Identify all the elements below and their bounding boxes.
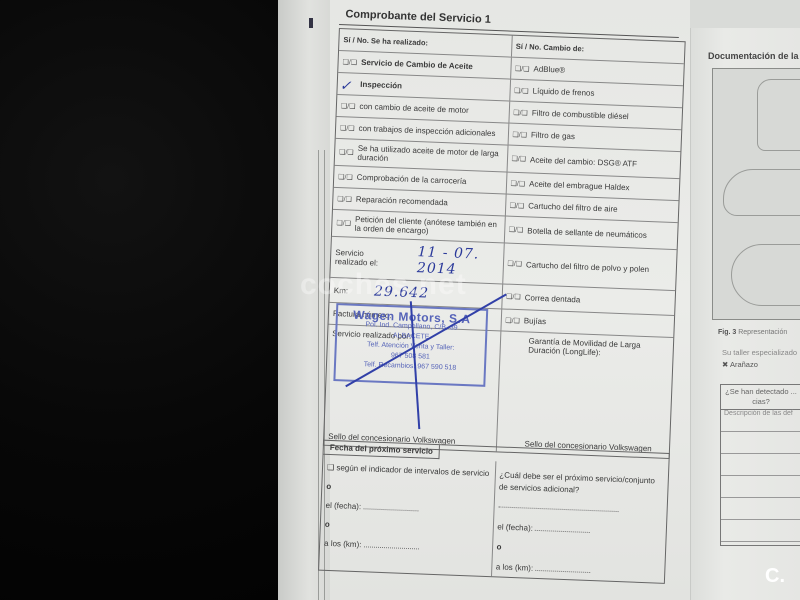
- yes-no-checkbox[interactable]: ❑/❑: [336, 219, 351, 228]
- car-rear-view: [757, 79, 800, 151]
- next-date-field-right: el (fecha):: [497, 521, 662, 539]
- km-label: a los (km):: [324, 539, 362, 549]
- replacement-item-label: Filtro de combustible diésel: [532, 108, 629, 121]
- date-blank[interactable]: [535, 530, 590, 533]
- corner-logo: C.: [765, 565, 785, 588]
- next-service-section: Fecha del próximo servicio ❑ según el in…: [318, 440, 670, 584]
- yes-no-checkbox[interactable]: ❑/❑: [514, 86, 529, 95]
- yes-no-checkbox[interactable]: ❑/❑: [510, 179, 525, 188]
- yes-no-checkbox[interactable]: ❑/❑: [339, 148, 354, 157]
- yes-no-checkbox[interactable]: ❑/❑: [341, 102, 356, 111]
- scratch-legend: ✖ Arañazo: [722, 360, 758, 369]
- date-blank[interactable]: [363, 508, 418, 511]
- yes-no-checkbox[interactable]: ❑/❑: [342, 58, 357, 67]
- replacement-item-label: Correa dentada: [525, 293, 581, 304]
- service-item-label: Reparación recomendada: [356, 195, 448, 208]
- yes-no-checkbox[interactable]: ❑/❑: [507, 260, 522, 269]
- description-line[interactable]: [721, 520, 800, 542]
- yes-no-checkbox[interactable]: ❑/❑: [513, 108, 528, 117]
- car-top-view: [731, 244, 800, 306]
- service-item-label: Se ha utilizado aceite de motor de larga…: [357, 144, 503, 168]
- next-service-question: ¿Cuál debe ser el próximo servicio/conju…: [499, 469, 664, 499]
- replacement-item-label: Cartucho del filtro de polvo y polen: [526, 260, 649, 274]
- date-label: el (fecha):: [497, 522, 533, 532]
- yes-no-checkbox[interactable]: ❑/❑: [338, 173, 353, 182]
- replacement-item-label: Botella de sellante de neumáticos: [527, 226, 647, 240]
- damage-question: ¿Se han detectado ... cias?: [721, 385, 800, 410]
- yes-no-checkbox[interactable]: ❑/❑: [515, 64, 530, 73]
- yes-no-checkbox[interactable]: ❑/❑: [337, 195, 352, 204]
- km-label: a los (km):: [496, 562, 534, 572]
- or-label: o: [496, 541, 661, 559]
- next-km-field-right: a los (km):: [496, 561, 661, 579]
- description-line[interactable]: [721, 432, 800, 454]
- vehicle-diagram: [712, 68, 800, 320]
- handwritten-check-mark: ✓: [339, 78, 351, 94]
- yes-no-checkbox[interactable]: ❑/❑: [509, 226, 524, 235]
- replacement-item: ❑/❑Cartucho del filtro de polvo y polen: [503, 243, 677, 290]
- yes-no-checkbox[interactable]: ❑/❑: [505, 316, 520, 325]
- yes-no-checkbox[interactable]: ❑/❑: [510, 201, 525, 210]
- car-side-view: [723, 169, 800, 216]
- watermark: coches.net: [300, 268, 467, 302]
- km-blank[interactable]: [364, 546, 419, 549]
- replacement-item-label: Líquido de frenos: [532, 86, 594, 97]
- service-item-label: Servicio de Cambio de Aceite: [361, 58, 473, 71]
- service-date-label: Servicio realizado el:: [335, 248, 392, 268]
- longlife-label: Garantía de Movilidad de Larga Duración …: [528, 336, 669, 359]
- page-edge-mark: [309, 18, 313, 28]
- next-service-left: ❑ según el indicador de intervalos de se…: [319, 455, 496, 577]
- longlife-cell: Garantía de Movilidad de Larga Duración …: [496, 331, 673, 458]
- yes-no-checkbox[interactable]: ❑/❑: [512, 130, 527, 139]
- service-item-label: con trabajos de inspección adicionales: [358, 124, 495, 138]
- right-page-title: Documentación de la: [708, 51, 799, 61]
- description-label: Descripción de las def: [721, 410, 800, 432]
- description-line[interactable]: [721, 498, 800, 520]
- yes-no-checkbox[interactable]: ❑/❑: [511, 155, 526, 164]
- damage-question-box: ¿Se han detectado ... cias? Descripción …: [720, 384, 800, 546]
- description-line[interactable]: [721, 476, 800, 498]
- next-service-right: ¿Cuál debe ser el próximo servicio/conju…: [491, 461, 668, 583]
- service-grid: Sí / No. Se ha realizado: Sí / No. Cambi…: [323, 28, 686, 459]
- replacement-item-label: Aceite del cambio: DSG® ATF: [530, 155, 637, 168]
- service-item-label: Petición del cliente (anótese también en…: [355, 215, 501, 239]
- workshop-text: Su taller especializado: [722, 348, 797, 357]
- replacement-item-label: Filtro de gas: [531, 130, 575, 141]
- replacement-item-label: Bujías: [524, 316, 547, 326]
- km-blank[interactable]: [535, 570, 590, 573]
- replacement-item-label: AdBlue®: [533, 64, 565, 74]
- date-label: el (fecha):: [325, 501, 361, 511]
- replacement-item-label: Cartucho del filtro de aire: [528, 201, 618, 213]
- yes-no-checkbox[interactable]: ❑/❑: [340, 124, 355, 133]
- yes-no-checkbox[interactable]: ❑/❑: [506, 293, 521, 302]
- service-item-label: con cambio de aceite de motor: [359, 102, 469, 115]
- service-item-label: Comprobación de la carrocería: [357, 173, 467, 186]
- description-line[interactable]: [721, 454, 800, 476]
- question-blank[interactable]: [498, 506, 618, 512]
- figure-caption: Fig. 3 Representación: [718, 329, 787, 336]
- replacement-item-label: Aceite del embrague Haldex: [529, 179, 630, 192]
- service-item-label: Inspección: [360, 80, 402, 91]
- background-fabric: [0, 0, 278, 600]
